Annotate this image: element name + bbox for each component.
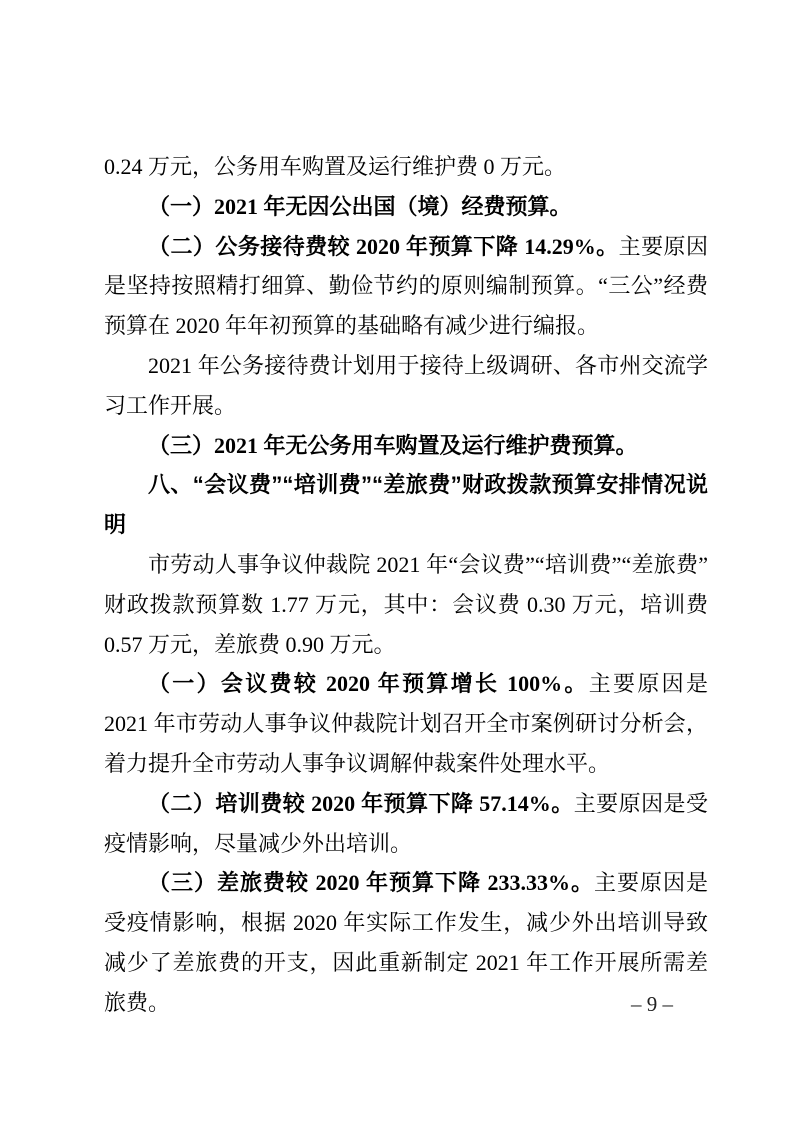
para-no-abroad-budget: （一）2021 年无因公出国（境）经费预算。 xyxy=(104,187,708,227)
emphasis-text: 八、“会议费”“培训费”“差旅费”财政拨款预算安排情况说明 xyxy=(104,472,708,537)
body-text: 2021 年公务接待费计划用于接待上级调研、各市州交流学习工作开展。 xyxy=(104,353,708,418)
emphasis-text: （二）培训费较 2020 年预算下降 57.14%。 xyxy=(148,791,574,816)
para-reception-decrease: （二）公务接待费较 2020 年预算下降 14.29%。主要原因是坚持按照精打细… xyxy=(104,227,708,346)
emphasis-text: （三）2021 年无公务用车购置及运行维护费预算。 xyxy=(148,433,638,458)
emphasis-text: （二）公务接待费较 2020 年预算下降 14.29%。 xyxy=(148,234,619,259)
para-meeting-fee-increase: （一）会议费较 2020 年预算增长 100%。主要原因是 2021 年市劳动人… xyxy=(104,664,708,783)
para-training-fee-decrease: （二）培训费较 2020 年预算下降 57.14%。主要原因是受疫情影响，尽量减… xyxy=(104,784,708,864)
para-no-vehicle-budget: （三）2021 年无公务用车购置及运行维护费预算。 xyxy=(104,426,708,466)
document-page: 0.24 万元，公务用车购置及运行维护费 0 万元。（一）2021 年无因公出国… xyxy=(0,0,793,1122)
emphasis-text: （一）会议费较 2020 年预算增长 100%。 xyxy=(148,671,589,696)
para-reception-usage: 2021 年公务接待费计划用于接待上级调研、各市州交流学习工作开展。 xyxy=(104,346,708,426)
heading-section-eight: 八、“会议费”“培训费”“差旅费”财政拨款预算安排情况说明 xyxy=(104,465,708,545)
body-text: 市劳动人事争议仲裁院 2021 年“会议费”“培训费”“差旅费”财政拨款预算数 … xyxy=(104,552,708,657)
emphasis-text: （三）差旅费较 2020 年预算下降 233.33%。 xyxy=(148,870,594,895)
para-carryover-vehicle-expense: 0.24 万元，公务用车购置及运行维护费 0 万元。 xyxy=(104,147,708,187)
para-three-fees-total: 市劳动人事争议仲裁院 2021 年“会议费”“培训费”“差旅费”财政拨款预算数 … xyxy=(104,545,708,664)
body-text: 0.24 万元，公务用车购置及运行维护费 0 万元。 xyxy=(104,154,566,179)
page-number: – 9 – xyxy=(610,992,694,1017)
emphasis-text: （一）2021 年无因公出国（境）经费预算。 xyxy=(148,194,572,219)
document-body: 0.24 万元，公务用车购置及运行维护费 0 万元。（一）2021 年无因公出国… xyxy=(104,147,708,1023)
